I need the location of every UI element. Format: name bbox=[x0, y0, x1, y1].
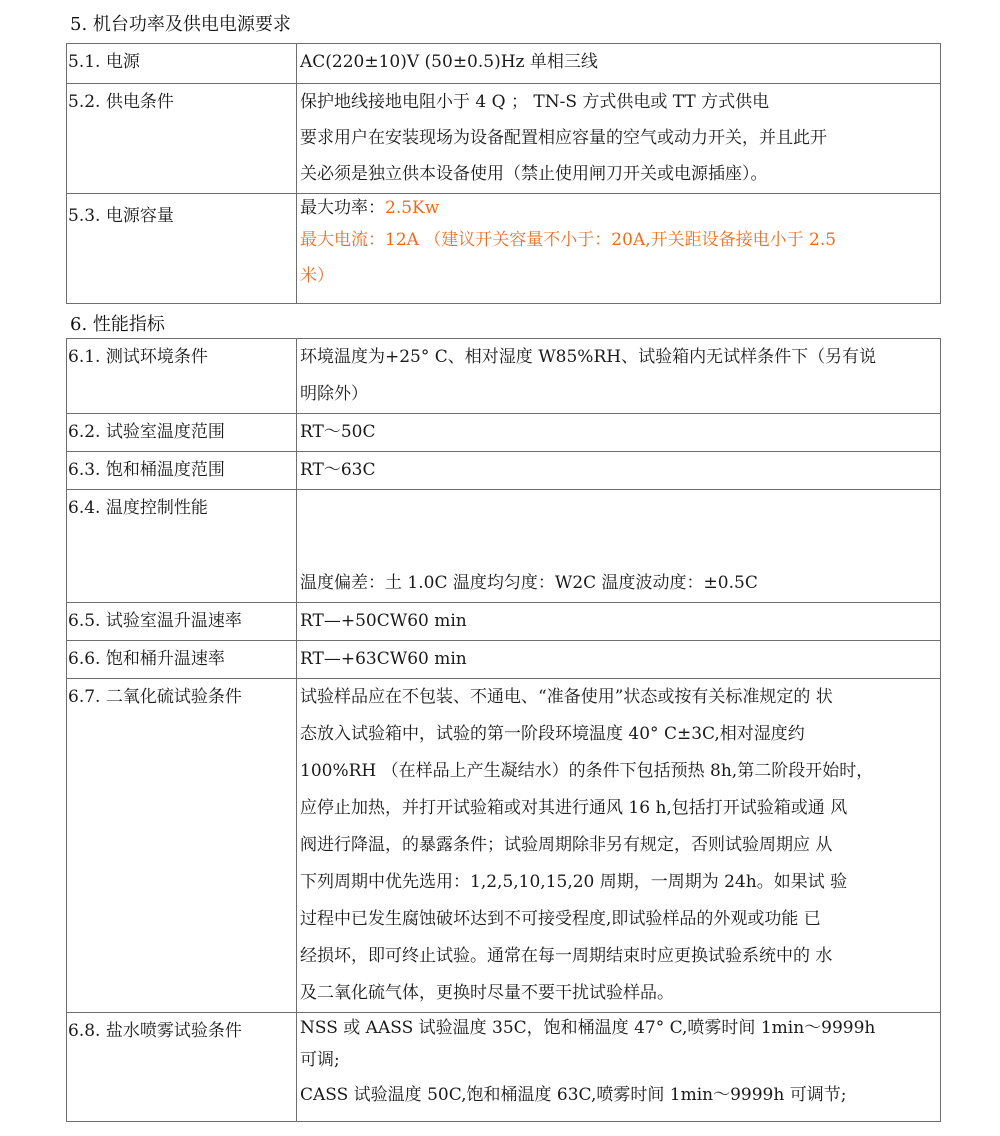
row-label: 6.5. 试验室温升温速率 bbox=[67, 603, 297, 641]
row-label: 6.8. 盐水喷雾试验条件 bbox=[67, 1013, 297, 1122]
row-value: 温度偏差：土 1.0C 温度均匀度：W2C 温度波动度：±0.5C bbox=[297, 490, 941, 603]
value-line: 最大功率：2.5Kw bbox=[300, 194, 938, 222]
value-line: RT—+63CW60 min bbox=[300, 641, 938, 678]
row-label: 5.2. 供电条件 bbox=[67, 84, 297, 194]
value-line: 下列周期中优先选用：1,2,5,10,15,20 周期，一周期为 24h。如果试… bbox=[300, 864, 938, 901]
max-current-line: 米） bbox=[300, 258, 938, 294]
table-row: 6.1. 测试环境条件 环境温度为+25° C、相对湿度 W85%RH、试验箱内… bbox=[67, 339, 941, 414]
row-label: 5.1. 电源 bbox=[67, 44, 297, 84]
section-6-title: 6. 性能指标 bbox=[70, 314, 165, 336]
row-value: 最大功率：2.5Kw 最大电流：12A （建议开关容量不小于：20A,开关距设备… bbox=[297, 194, 941, 304]
table-row: 5.3. 电源容量 最大功率：2.5Kw 最大电流：12A （建议开关容量不小于… bbox=[67, 194, 941, 304]
value-line: 可调; bbox=[300, 1043, 938, 1078]
table-row: 5.2. 供电条件 保护地线接地电阻小于 4 Q ； TN-S 方式供电或 TT… bbox=[67, 84, 941, 194]
row-value: 试验样品应在不包装、不通电、“准备使用”状态或按有关标准规定的 状 态放入试验箱… bbox=[297, 679, 941, 1013]
table-row: 6.7. 二氧化硫试验条件 试验样品应在不包装、不通电、“准备使用”状态或按有关… bbox=[67, 679, 941, 1013]
value-line: 100%RH （在样品上产生凝结水）的条件下包括预热 8h,第二阶段开始时， bbox=[300, 753, 938, 790]
table-row: 6.8. 盐水喷雾试验条件 NSS 或 AASS 试验温度 35C，饱和桶温度 … bbox=[67, 1013, 941, 1122]
row-label: 6.2. 试验室温度范围 bbox=[67, 414, 297, 452]
value-line: CASS 试验温度 50C,饱和桶温度 63C,喷雾时间 1min～9999h … bbox=[300, 1078, 938, 1113]
value-line: 及二氧化硫气体，更换时尽量不要干扰试验样品。 bbox=[300, 975, 938, 1012]
max-power-value: 2.5Kw bbox=[385, 198, 439, 218]
row-label: 6.4. 温度控制性能 bbox=[67, 490, 297, 603]
value-line: RT～50C bbox=[300, 414, 938, 451]
section-5-title: 5. 机台功率及供电电源要求 bbox=[70, 14, 291, 36]
table-row: 6.2. 试验室温度范围 RT～50C bbox=[67, 414, 941, 452]
value-line: RT～63C bbox=[300, 452, 938, 489]
row-label: 6.6. 饱和桶升温速率 bbox=[67, 641, 297, 679]
row-label: 6.7. 二氧化硫试验条件 bbox=[67, 679, 297, 1013]
table-row: 6.4. 温度控制性能 温度偏差：土 1.0C 温度均匀度：W2C 温度波动度：… bbox=[67, 490, 941, 603]
value-line: 阀进行降温，的暴露条件；试验周期除非另有规定，否则试验周期应 从 bbox=[300, 827, 938, 864]
max-current-line: 最大电流：12A （建议开关容量不小于：20A,开关距设备接电小于 2.5 bbox=[300, 222, 938, 258]
value-line: 温度偏差：土 1.0C 温度均匀度：W2C 温度波动度：±0.5C bbox=[300, 565, 938, 602]
power-requirements-table: 5.1. 电源 AC(220±10)V (50±0.5)Hz 单相三线 5.2.… bbox=[66, 43, 941, 304]
table-row: 6.3. 饱和桶温度范围 RT～63C bbox=[67, 452, 941, 490]
value-line: 应停止加热，并打开试验箱或对其进行通风 16 h,包括打开试验箱或通 风 bbox=[300, 790, 938, 827]
row-value: RT～63C bbox=[297, 452, 941, 490]
table-row: 6.5. 试验室温升温速率 RT—+50CW60 min bbox=[67, 603, 941, 641]
table-row: 6.6. 饱和桶升温速率 RT—+63CW60 min bbox=[67, 641, 941, 679]
row-value: RT—+63CW60 min bbox=[297, 641, 941, 679]
value-line: 环境温度为+25° C、相对湿度 W85%RH、试验箱内无试样条件下（另有说 bbox=[300, 339, 938, 376]
value-line: AC(220±10)V (50±0.5)Hz 单相三线 bbox=[300, 44, 938, 81]
row-value: RT—+50CW60 min bbox=[297, 603, 941, 641]
row-value: 保护地线接地电阻小于 4 Q ； TN-S 方式供电或 TT 方式供电 要求用户… bbox=[297, 84, 941, 194]
performance-table: 6.1. 测试环境条件 环境温度为+25° C、相对湿度 W85%RH、试验箱内… bbox=[66, 338, 941, 1122]
value-line: RT—+50CW60 min bbox=[300, 603, 938, 640]
row-label: 6.1. 测试环境条件 bbox=[67, 339, 297, 414]
value-line: 态放入试验箱中，试验的第一阶段环境温度 40° C±3C,相对湿度约 bbox=[300, 716, 938, 753]
value-line: 关必须是独立供本设备使用（禁止使用闸刀开关或电源插座）。 bbox=[300, 156, 938, 192]
row-value: RT～50C bbox=[297, 414, 941, 452]
row-label: 6.3. 饱和桶温度范围 bbox=[67, 452, 297, 490]
value-line: 过程中已发生腐蚀破坏达到不可接受程度,即试验样品的外观或功能 已 bbox=[300, 901, 938, 938]
row-value: 环境温度为+25° C、相对湿度 W85%RH、试验箱内无试样条件下（另有说 明… bbox=[297, 339, 941, 414]
value-line: NSS 或 AASS 试验温度 35C，饱和桶温度 47° C,喷雾时间 1mi… bbox=[300, 1013, 938, 1043]
table-row: 5.1. 电源 AC(220±10)V (50±0.5)Hz 单相三线 bbox=[67, 44, 941, 84]
value-line: 保护地线接地电阻小于 4 Q ； TN-S 方式供电或 TT 方式供电 bbox=[300, 84, 938, 120]
value-line: 要求用户在安装现场为设备配置相应容量的空气或动力开关，并且此开 bbox=[300, 120, 938, 156]
value-line: 试验样品应在不包装、不通电、“准备使用”状态或按有关标准规定的 状 bbox=[300, 679, 938, 716]
row-label: 5.3. 电源容量 bbox=[67, 194, 297, 304]
max-power-label: 最大功率： bbox=[300, 198, 385, 218]
row-value: NSS 或 AASS 试验温度 35C，饱和桶温度 47° C,喷雾时间 1mi… bbox=[297, 1013, 941, 1122]
value-line: 经损坏，即可终止试验。通常在每一周期结束时应更换试验系统中的 水 bbox=[300, 938, 938, 975]
row-value: AC(220±10)V (50±0.5)Hz 单相三线 bbox=[297, 44, 941, 84]
value-line: 明除外） bbox=[300, 376, 938, 413]
